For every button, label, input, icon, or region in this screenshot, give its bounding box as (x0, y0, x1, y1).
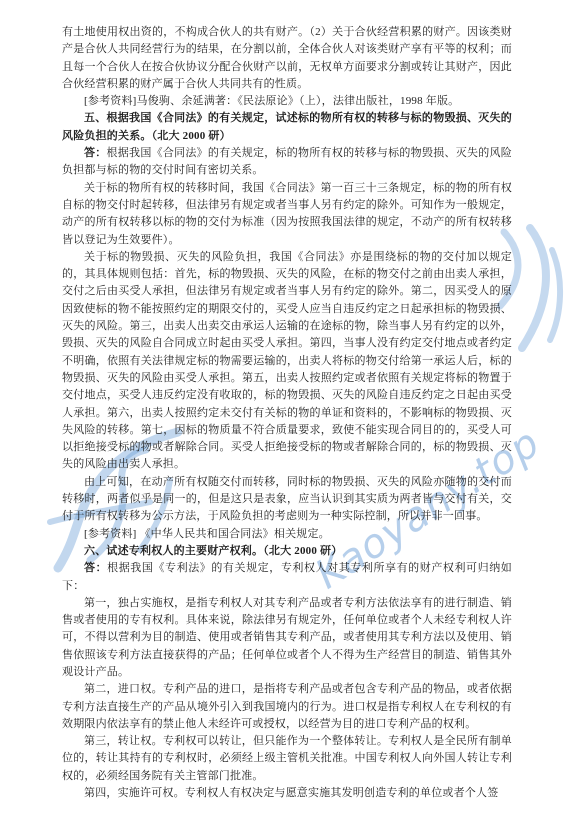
answer-6-import-right: 第二，进口权。专利产品的进口，是指将专利产品或者包含专利产品的物品，或者依据专利… (62, 681, 512, 733)
document-text: 有土地使用权出资的，不构成合伙人的共有财产。（2）关于合伙经营积累的财产。因该类… (62, 24, 512, 802)
question-6-heading: 六、试述专利权人的主要财产权利。（北大 2000 研） (62, 543, 512, 560)
answer-6-license-right: 第四，实施许可权。专利权人有权决定与愿意实施其发明创造专利的单位或者个人签 (62, 785, 512, 802)
answer-5-ownership-transfer: 关于标的物所有权的转移时间，我国《合同法》第一百三十三条规定，标的物的所有权自标… (62, 180, 512, 249)
answer-6-intro: 答：根据我国《专利法》的有关规定，专利权人对其专利所享有的财产权利可归纳如下： (62, 560, 512, 595)
reference-contract-law: [参考资料] 《中华人民共和国合同法》相关规定。 (62, 526, 512, 543)
answer-6-exclusive-right: 第一，独占实施权，是指专利权人对其专利产品或者专利方法依法享有的进行制造、销售或… (62, 595, 512, 681)
answer-6-transfer-right: 第三，转让权。专利权可以转让，但只能作为一个整体转让。专利权人是全民所有制单位的… (62, 733, 512, 785)
answer-5-risk-rules: 关于标的物毁损、灭失的风险负担，我国《合同法》亦是围绕标的物的交付加以规定的，其… (62, 249, 512, 474)
answer-5-conclusion: 由上可知，在动产所有权随交付而转移，同时标的物毁损、灭失的风险亦随物的交付而转移… (62, 474, 512, 526)
answer-prefix: 答： (84, 147, 107, 159)
answer-prefix: 答： (84, 562, 107, 574)
paragraph-partnership-property: 有土地使用权出资的，不构成合伙人的共有财产。（2）关于合伙经营积累的财产。因该类… (62, 24, 512, 93)
document-page: Kaoyany.top 有土地使用权出资的，不构成合伙人的共有财产。（2）关于合… (0, 0, 566, 822)
reference-civil-law: [参考资料]马俊驹、余延满著：《民法原论》（上），法律出版社，1998 年版。 (62, 93, 512, 110)
question-5-heading: 五、根据我国《合同法》的有关规定，试述标的物所有权的转移与标的物毁损、灭失的风险… (62, 110, 512, 145)
answer-5-intro: 答：根据我国《合同法》的有关规定，标的物所有权的转移与标的物毁损、灭失的风险负担… (62, 145, 512, 180)
